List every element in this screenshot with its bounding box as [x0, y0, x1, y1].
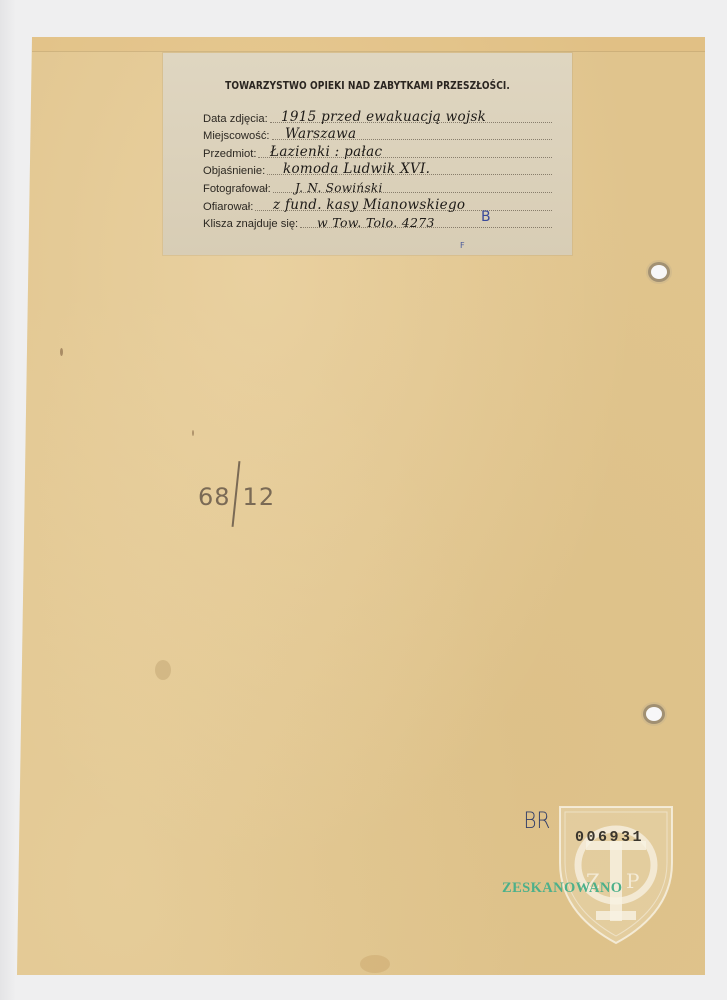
field-label: Fotografował: [203, 183, 271, 196]
card-title: TOWARZYSTWO OPIEKI NAD ZABYTKAMI PRZESZŁ… [192, 80, 544, 92]
field-value: J. N. Sowiński [295, 181, 383, 195]
field-data-zdjecia: Data zdjęcia: 1915 przed ewakuacją wojsk [203, 108, 552, 126]
paper-speck [60, 348, 63, 356]
inventory-number: 006931 [575, 829, 644, 846]
paper-speck [192, 430, 194, 436]
field-value: 1915 przed ewakuacją wojsk [281, 109, 486, 125]
field-label: Miejscowość: [203, 130, 270, 143]
field-miejscowosc: Miejscowość: Warszawa [203, 126, 552, 144]
punch-hole [646, 707, 662, 721]
card-fields: Data zdjęcia: 1915 przed ewakuacją wojsk… [203, 108, 552, 231]
scan-stamp: ZESKANOWANO [502, 880, 622, 897]
watermark-shield-icon: Z P [556, 803, 676, 946]
paper-fold-line [32, 51, 705, 52]
pencil-note: 6812 [198, 465, 275, 531]
label-card: TOWARZYSTWO OPIEKI NAD ZABYTKAMI PRZESZŁ… [163, 53, 572, 255]
paper-top-strip [32, 37, 705, 51]
paper-stain [360, 955, 390, 973]
plate-suffix: B [481, 209, 491, 225]
field-ofiarowal: Ofiarował: z fund. kasy Mianowskiego [203, 196, 552, 214]
field-value: w Tow. Tolo. 4273 [317, 215, 435, 230]
paper-stain [155, 660, 171, 680]
field-value: komoda Ludwik XVI. [283, 161, 430, 177]
field-fotografowal: Fotografował: J. N. Sowiński [203, 178, 552, 196]
field-przedmiot: Przedmiot: Łazienki : pałac [203, 143, 552, 161]
pencil-note-left: 68 [198, 483, 231, 511]
field-label: Klisza znajduje się: [203, 218, 298, 231]
pencil-note-right: 12 [243, 483, 276, 511]
field-klisza: Klisza znajduje się: w Tow. Tolo. 4273 [203, 214, 552, 232]
field-objasnienie: Objaśnienie: komoda Ludwik XVI. [203, 161, 552, 179]
pencil-slash [231, 461, 240, 527]
field-label: Przedmiot: [203, 148, 256, 161]
small-mark: F [460, 241, 465, 250]
field-value: Warszawa [285, 126, 356, 142]
punch-hole [651, 265, 667, 279]
field-label: Objaśnienie: [203, 165, 265, 178]
scanner-backdrop [0, 0, 16, 1000]
svg-text:P: P [626, 869, 639, 893]
field-label: Data zdjęcia: [203, 113, 268, 126]
field-value: z fund. kasy Mianowskiego [273, 197, 465, 213]
inventory-prefix: BR [523, 809, 550, 834]
field-value: Łazienki : pałac [270, 144, 382, 160]
field-label: Ofiarował: [203, 201, 253, 214]
